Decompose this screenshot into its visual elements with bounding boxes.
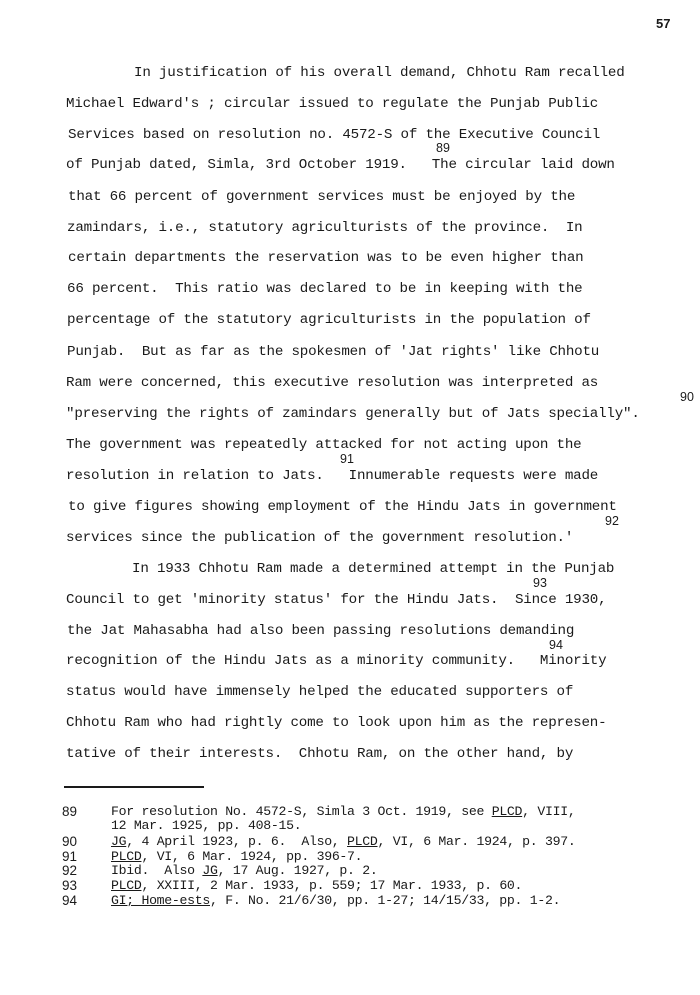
footnote-text-part: , 4 April 1923, p. 6. Also, (126, 834, 347, 849)
body-line: Council to get 'minority status' for the… (66, 592, 606, 608)
footnote-text: For resolution No. 4572-S, Simla 3 Oct. … (111, 805, 575, 819)
footnote-number: 90 (62, 835, 77, 849)
body-line: recognition of the Hindu Jats as a minor… (66, 653, 606, 669)
footnote-text: JG, 4 April 1923, p. 6. Also, PLCD, VI, … (111, 835, 575, 849)
body-line: the Jat Mahasabha had also been passing … (67, 623, 574, 639)
footnote-source-ref: PLCD (111, 849, 141, 864)
body-line: resolution in relation to Jats. Innumera… (66, 468, 598, 484)
body-line: The government was repeatedly attacked f… (66, 437, 581, 453)
body-line: In justification of his overall demand, … (134, 65, 625, 81)
footnote-text: PLCD, VI, 6 Mar. 1924, pp. 396-7. (111, 850, 362, 864)
footnote-number: 93 (62, 879, 77, 893)
footnote-number: 89 (62, 805, 77, 819)
body-line: zamindars, i.e., statutory agriculturist… (67, 220, 582, 236)
body-line: of Punjab dated, Simla, 3rd October 1919… (66, 157, 615, 173)
footnote-text-part: , VIII, (522, 804, 575, 819)
footnote-marker: 91 (340, 452, 354, 466)
body-line: tative of their interests. Chhotu Ram, o… (66, 746, 573, 762)
body-line: percentage of the statutory agriculturis… (67, 312, 591, 328)
footnote-text: Ibid. Also JG, 17 Aug. 1927, p. 2. (111, 864, 378, 878)
footnote-number: 94 (62, 894, 77, 908)
footnote-marker: 93 (533, 576, 547, 590)
footnote-source-ref: JG (111, 834, 126, 849)
body-line: to give figures showing employment of th… (68, 499, 617, 515)
body-line: Ram were concerned, this executive resol… (66, 375, 598, 391)
footnote-number: 91 (62, 850, 77, 864)
body-line: services since the publication of the go… (66, 530, 573, 546)
footnote-marker: 90 (680, 390, 694, 404)
body-line: Punjab. But as far as the spokesmen of '… (67, 344, 599, 360)
footnote-source-ref: PLCD (111, 878, 141, 893)
body-line: certain departments the reservation was … (68, 250, 583, 266)
body-line: status would have immensely helped the e… (66, 684, 573, 700)
footnote-text: PLCD, XXIII, 2 Mar. 1933, p. 559; 17 Mar… (111, 879, 522, 893)
body-line: Chhotu Ram who had rightly come to look … (66, 715, 606, 731)
body-line: Michael Edward's ; circular issued to re… (66, 96, 598, 112)
footnote-source-ref: JG (202, 863, 217, 878)
footnote-source-ref: PLCD (347, 834, 377, 849)
footnote-text-part: , VI, 6 Mar. 1924, p. 397. (378, 834, 576, 849)
body-line: "preserving the rights of zamindars gene… (66, 406, 640, 422)
footnote-text-cont: 12 Mar. 1925, pp. 408-15. (111, 819, 301, 833)
body-line: 66 percent. This ratio was declared to b… (67, 281, 582, 297)
footnote-marker: 94 (549, 638, 563, 652)
body-line: Services based on resolution no. 4572-S … (68, 127, 600, 143)
page-number: 57 (656, 16, 670, 31)
footnote-text-part: , VI, 6 Mar. 1924, pp. 396-7. (141, 849, 362, 864)
footnote-marker: 92 (605, 514, 619, 528)
footnote-marker: 89 (436, 141, 450, 155)
footnote-source-ref: GI; Home-ests (111, 893, 210, 908)
footnote-text-part: , XXIII, 2 Mar. 1933, p. 559; 17 Mar. 19… (141, 878, 522, 893)
body-line: In 1933 Chhotu Ram made a determined att… (132, 561, 614, 577)
footnote-source-ref: PLCD (492, 804, 522, 819)
footnote-text-part: Ibid. Also (111, 863, 202, 878)
footnote-divider (64, 786, 204, 788)
footnote-text-part: , F. No. 21/6/30, pp. 1-27; 14/15/33, pp… (210, 893, 560, 908)
body-line: that 66 percent of government services m… (68, 189, 575, 205)
footnote-number: 92 (62, 864, 77, 878)
footnote-text-part: For resolution No. 4572-S, Simla 3 Oct. … (111, 804, 492, 819)
footnote-text-part: , 17 Aug. 1927, p. 2. (218, 863, 378, 878)
footnote-text: GI; Home-ests, F. No. 21/6/30, pp. 1-27;… (111, 894, 560, 908)
